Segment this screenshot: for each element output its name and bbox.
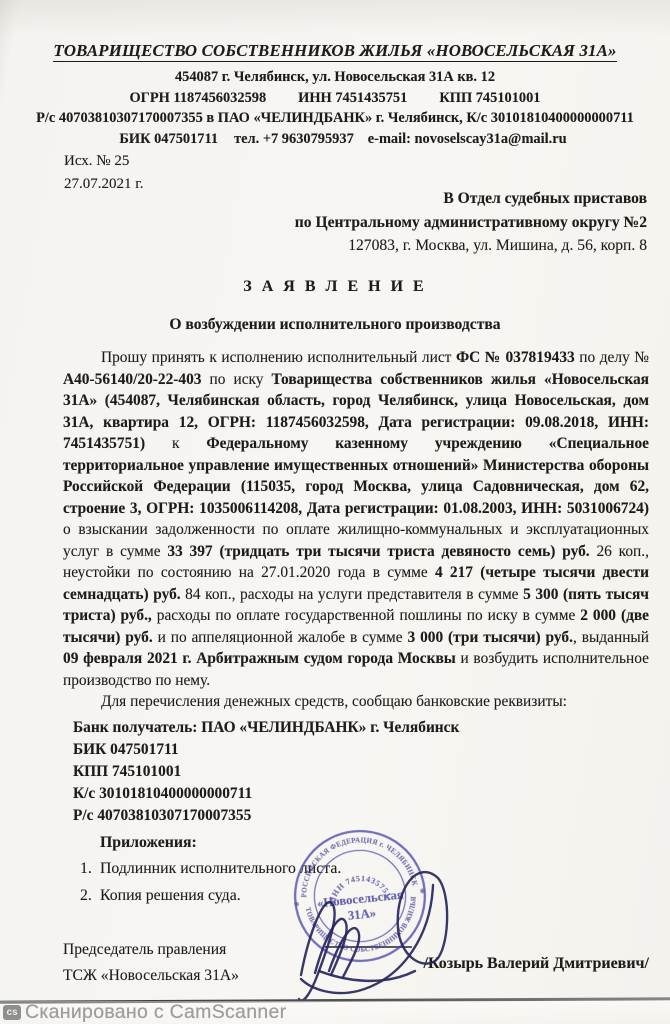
- org-email: e-mail: novoselscay31a@mail.ru: [368, 131, 567, 147]
- org-account-line: Р/с 40703810307170007355 в ПАО «ЧЕЛИНДБА…: [0, 108, 670, 129]
- bank-details-block: Банк получатель: ПАО «ЧЕЛИНДБАНК» г. Чел…: [73, 717, 649, 827]
- camscanner-logo-icon: cs: [3, 1005, 21, 1020]
- handwritten-signature: [283, 833, 483, 1003]
- addressee-line-1: В Отдел судебных приставов: [295, 187, 647, 211]
- addressee-block: В Отдел судебных приставов по Центрально…: [295, 187, 647, 258]
- org-ogrn: ОГРН 1187456032598: [129, 88, 266, 109]
- camscanner-watermark: Сканировано с CamScanner: [25, 1001, 286, 1024]
- addressee-line-3: 127083, г. Москва, ул. Мишина, д. 56, ко…: [295, 234, 647, 258]
- outgoing-number: Исх. № 25: [64, 150, 143, 173]
- document-subtitle: О возбуждении исполнительного производст…: [0, 316, 670, 334]
- org-address: 454087 г. Челябинск, ул. Новосельская 31…: [0, 67, 670, 88]
- org-kpp: КПП 745101001: [439, 88, 540, 109]
- attachment-number: 2.: [80, 883, 100, 910]
- outgoing-date: 27.07.2021 г.: [64, 173, 143, 196]
- bank-bik: БИК 047501711: [73, 739, 649, 761]
- org-bik: БИК 047501711: [119, 129, 218, 150]
- body-paragraph-bank-intro: Для перечисления денежных средств, сообщ…: [63, 691, 649, 713]
- letterhead: ТОВАРИЩЕСТВО СОБСТВЕННИКОВ ЖИЛЬЯ «НОВОСЕ…: [0, 41, 670, 149]
- bank-recipient: Банк получатель: ПАО «ЧЕЛИНДБАНК» г. Чел…: [73, 717, 649, 739]
- org-registration-line: ОГРН 1187456032598ИНН 7451435751КПП 7451…: [0, 88, 670, 109]
- bank-corr-account: К/с 30101810400000000711: [73, 783, 649, 805]
- body-paragraph-main: Прошу принять к исполнению исполнительны…: [63, 347, 649, 691]
- org-contact-line: БИК 047501711тел. +7 9630795937e-mail: n…: [0, 129, 670, 150]
- bank-kpp: КПП 745101001: [73, 761, 649, 783]
- outgoing-ref-block: Исх. № 25 27.07.2021 г.: [64, 150, 143, 196]
- scanned-document-page: ТОВАРИЩЕСТВО СОБСТВЕННИКОВ ЖИЛЬЯ «НОВОСЕ…: [0, 0, 670, 1024]
- attachment-number: 1.: [80, 856, 100, 883]
- document-title: З А Я В Л Е Н И Е: [0, 278, 670, 296]
- org-name: ТОВАРИЩЕСТВО СОБСТВЕННИКОВ ЖИЛЬЯ «НОВОСЕ…: [0, 41, 670, 61]
- org-phone: тел. +7 9630795937: [234, 129, 354, 150]
- attachment-text: Копия решения суда.: [100, 887, 241, 904]
- org-inn: ИНН 7451435751: [298, 88, 407, 109]
- addressee-line-2: по Центральному административному округу…: [295, 211, 647, 235]
